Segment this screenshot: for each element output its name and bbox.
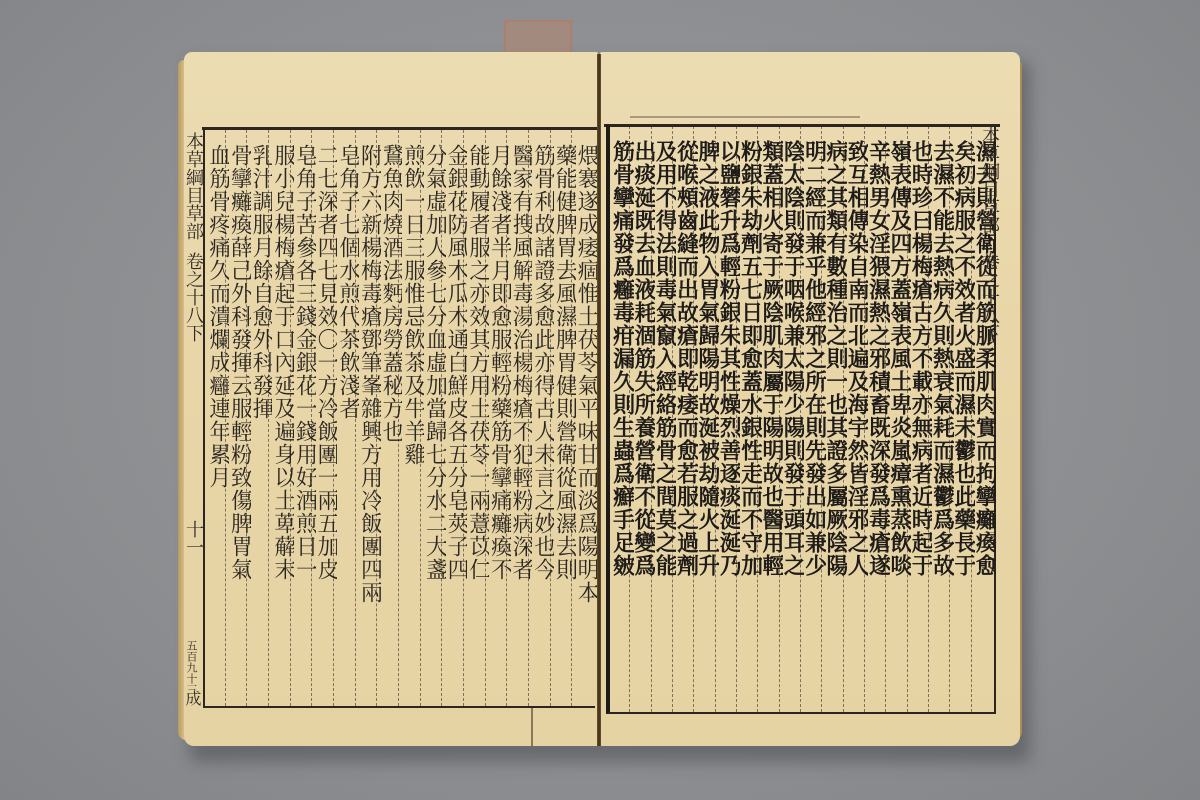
column-divider bbox=[376, 130, 378, 706]
right-banxin-folio: 三 bbox=[982, 530, 996, 544]
column-divider bbox=[800, 126, 802, 712]
column-divider bbox=[736, 126, 738, 712]
column-divider bbox=[355, 130, 357, 706]
column-divider bbox=[528, 130, 530, 706]
column-divider bbox=[506, 130, 508, 706]
column-divider bbox=[651, 126, 653, 712]
right-page-text-frame: 濕去則營衛從而筋脈柔肌肉實而拘攣癱瘓愈矣初病服之不效者火盛而濕未鬱也此藥長于去濕… bbox=[606, 124, 996, 714]
column-divider bbox=[779, 126, 781, 712]
bleed-through-rule bbox=[630, 116, 860, 118]
column-divider bbox=[268, 130, 270, 706]
column-divider bbox=[333, 130, 335, 706]
column-divider bbox=[928, 126, 930, 712]
column-divider bbox=[485, 130, 487, 706]
column-divider bbox=[821, 126, 823, 712]
column-divider bbox=[843, 126, 845, 712]
column-divider bbox=[672, 126, 674, 712]
column-divider bbox=[225, 130, 227, 706]
left-banxin-footer: 五百九十三 bbox=[186, 640, 197, 695]
column-divider bbox=[420, 130, 422, 706]
column-divider bbox=[398, 130, 400, 706]
left-page-text-frame: 煨褰遂成痿痼惟土茯苓氣平味甘而淡爲陽明本藥能健脾胃去風濕脾胃健則營衛從風濕去則筋… bbox=[203, 128, 595, 708]
column-divider bbox=[246, 130, 248, 706]
column-divider bbox=[907, 126, 909, 712]
left-banxin-folio: 十一 bbox=[184, 520, 202, 556]
left-banxin-volume: 卷之十八下 bbox=[184, 252, 202, 342]
column-divider bbox=[757, 126, 759, 712]
column-divider bbox=[629, 126, 631, 712]
column-divider bbox=[971, 126, 973, 712]
column-divider bbox=[864, 126, 866, 712]
column-divider bbox=[290, 130, 292, 706]
column-divider bbox=[550, 130, 552, 706]
right-banxin-title: 本草綱目草部 bbox=[980, 126, 998, 234]
collector-seal-stamp bbox=[504, 20, 572, 56]
column-divider bbox=[693, 126, 695, 712]
left-banxin-carver: 成 bbox=[184, 690, 200, 706]
right-banxin-volume: 卷之十八下 bbox=[980, 252, 998, 342]
column-divider bbox=[441, 130, 443, 706]
column-divider bbox=[885, 126, 887, 712]
column-divider bbox=[311, 130, 313, 706]
book-gutter bbox=[597, 54, 601, 746]
left-banxin-title: 本草綱目草部 bbox=[184, 132, 202, 240]
paper-tear bbox=[531, 708, 533, 746]
column-divider bbox=[571, 130, 573, 706]
column-divider bbox=[463, 130, 465, 706]
column-divider bbox=[949, 126, 951, 712]
column-divider bbox=[715, 126, 717, 712]
